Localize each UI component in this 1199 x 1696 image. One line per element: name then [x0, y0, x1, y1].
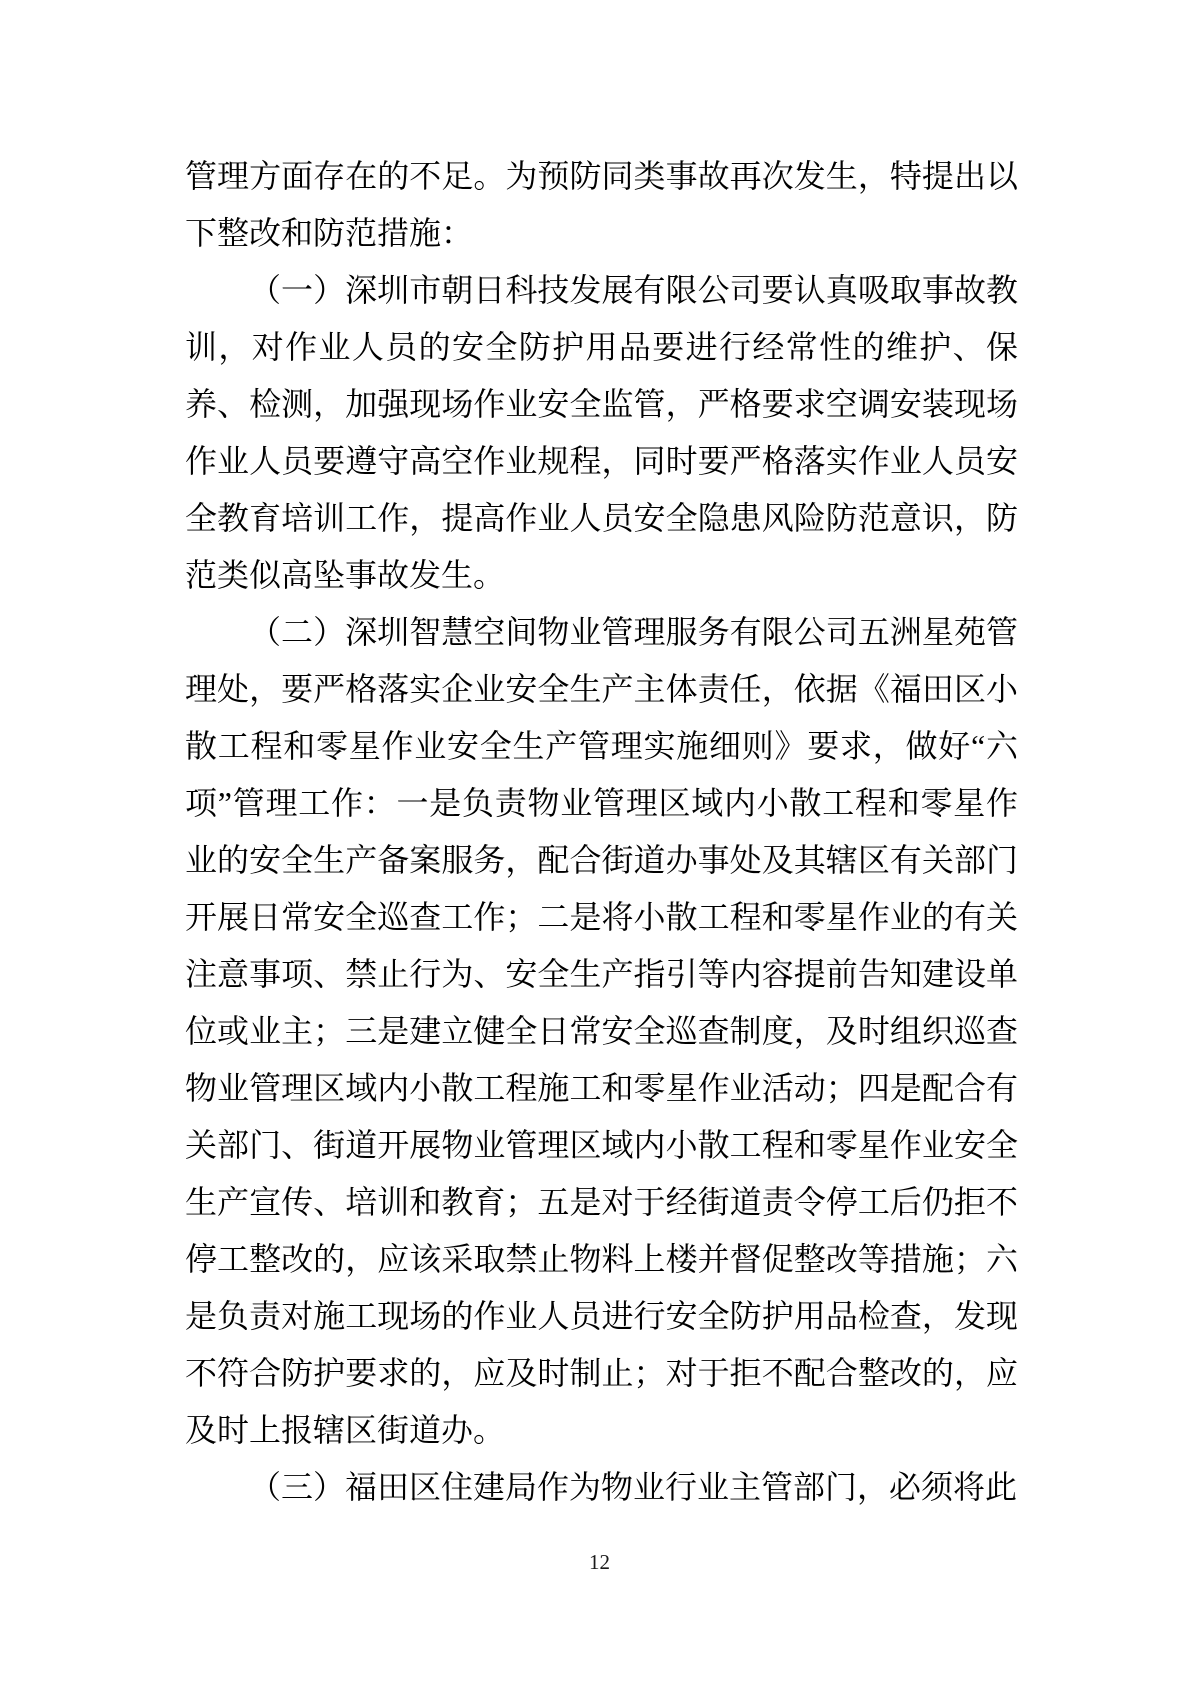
paragraph-continuation: 管理方面存在的不足。为预防同类事故再次发生，特提出以下整改和防范措施： [185, 148, 1018, 262]
document-page: 管理方面存在的不足。为预防同类事故再次发生，特提出以下整改和防范措施： （一）深… [0, 0, 1199, 1696]
page-number: 12 [0, 1550, 1199, 1574]
paragraph-item-3: （三）福田区住建局作为物业行业主管部门，必须将此 [185, 1459, 1018, 1516]
paragraph-item-2: （二）深圳智慧空间物业管理服务有限公司五洲星苑管理处，要严格落实企业安全生产主体… [185, 604, 1018, 1459]
document-body: 管理方面存在的不足。为预防同类事故再次发生，特提出以下整改和防范措施： （一）深… [185, 148, 1018, 1516]
paragraph-item-1: （一）深圳市朝日科技发展有限公司要认真吸取事故教训，对作业人员的安全防护用品要进… [185, 262, 1018, 604]
